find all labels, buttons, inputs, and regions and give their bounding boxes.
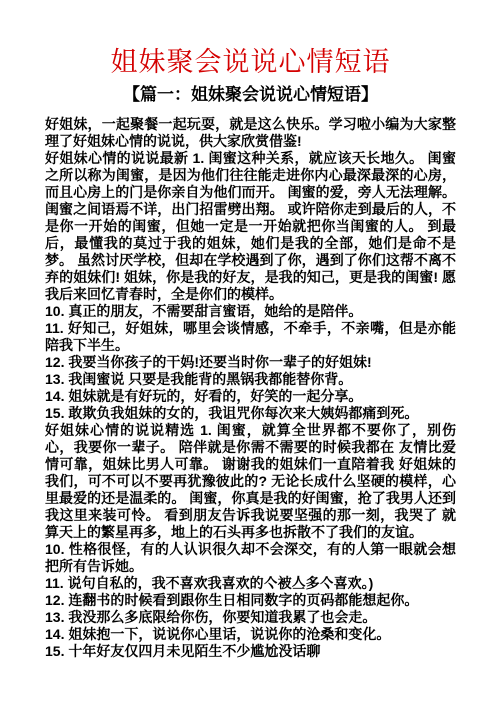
paragraph: 15. 十年好友仅四月未见陌生不少尴尬没话聊 bbox=[45, 643, 456, 660]
paragraph: 14. 姐妹抱一下，说说你心里话，说说你的沧桑和变化。 bbox=[45, 626, 456, 643]
paragraph: 12. 连翻书的时候看到跟你生日相同数字的页码都能想起你。 bbox=[45, 592, 456, 609]
paragraph: 13. 我闺蜜说 只要是我能背的黑锅我都能替你背。 bbox=[45, 371, 456, 388]
paragraph: 11. 说句自私的，我不喜欢我喜欢的亽被亼多亽喜欢。) bbox=[45, 575, 456, 592]
paragraph: 10. 性格很怪，有的人认识很久却不会深交，有的人第一眼就会想把所有告诉她。 bbox=[45, 541, 456, 575]
document-page: 姐妹聚会说说心情短语 【篇一：姐妹聚会说说心情短语】 好姐妹，一起聚餐一起玩耍，… bbox=[0, 0, 496, 702]
document-body: 好姐妹，一起聚餐一起玩耍，就是这么快乐。学习啦小编为大家整理了好姐妹心情的说说，… bbox=[45, 116, 456, 660]
paragraph: 10. 真正的朋友，不需要甜言蜜语，她给的是陪伴。 bbox=[45, 303, 456, 320]
page-subtitle: 【篇一：姐妹聚会说说心情短语】 bbox=[45, 84, 456, 105]
paragraph: 好姐妹，一起聚餐一起玩耍，就是这么快乐。学习啦小编为大家整理了好姐妹心情的说说，… bbox=[45, 116, 456, 150]
paragraph: 好姐妹心情的说说最新 1. 闺蜜这种关系，就应该天长地久。 闺蜜之所以称为闺蜜，… bbox=[45, 150, 456, 303]
paragraph: 11. 好知己，好姐妹，哪里会谈情感，不牵手，不亲嘴，但是亦能陪我下半生。 bbox=[45, 320, 456, 354]
paragraph: 好姐妹心情的说说精选 1. 闺蜜，就算全世界都不要你了，别伤心，我要你一辈子。 … bbox=[45, 422, 456, 541]
paragraph: 15. 敢欺负我姐妹的女的，我诅咒你每次来大姨妈都痛到死。 bbox=[45, 405, 456, 422]
page-title: 姐妹聚会说说心情短语 bbox=[45, 46, 456, 80]
paragraph: 12. 我要当你孩子的干妈!还要当时你一辈子的好姐妹! bbox=[45, 354, 456, 371]
paragraph: 13. 我没那么多底限给你伤，你要知道我累了也会走。 bbox=[45, 609, 456, 626]
paragraph: 14. 姐妹就是有好玩的，好看的，好笑的一起分享。 bbox=[45, 388, 456, 405]
